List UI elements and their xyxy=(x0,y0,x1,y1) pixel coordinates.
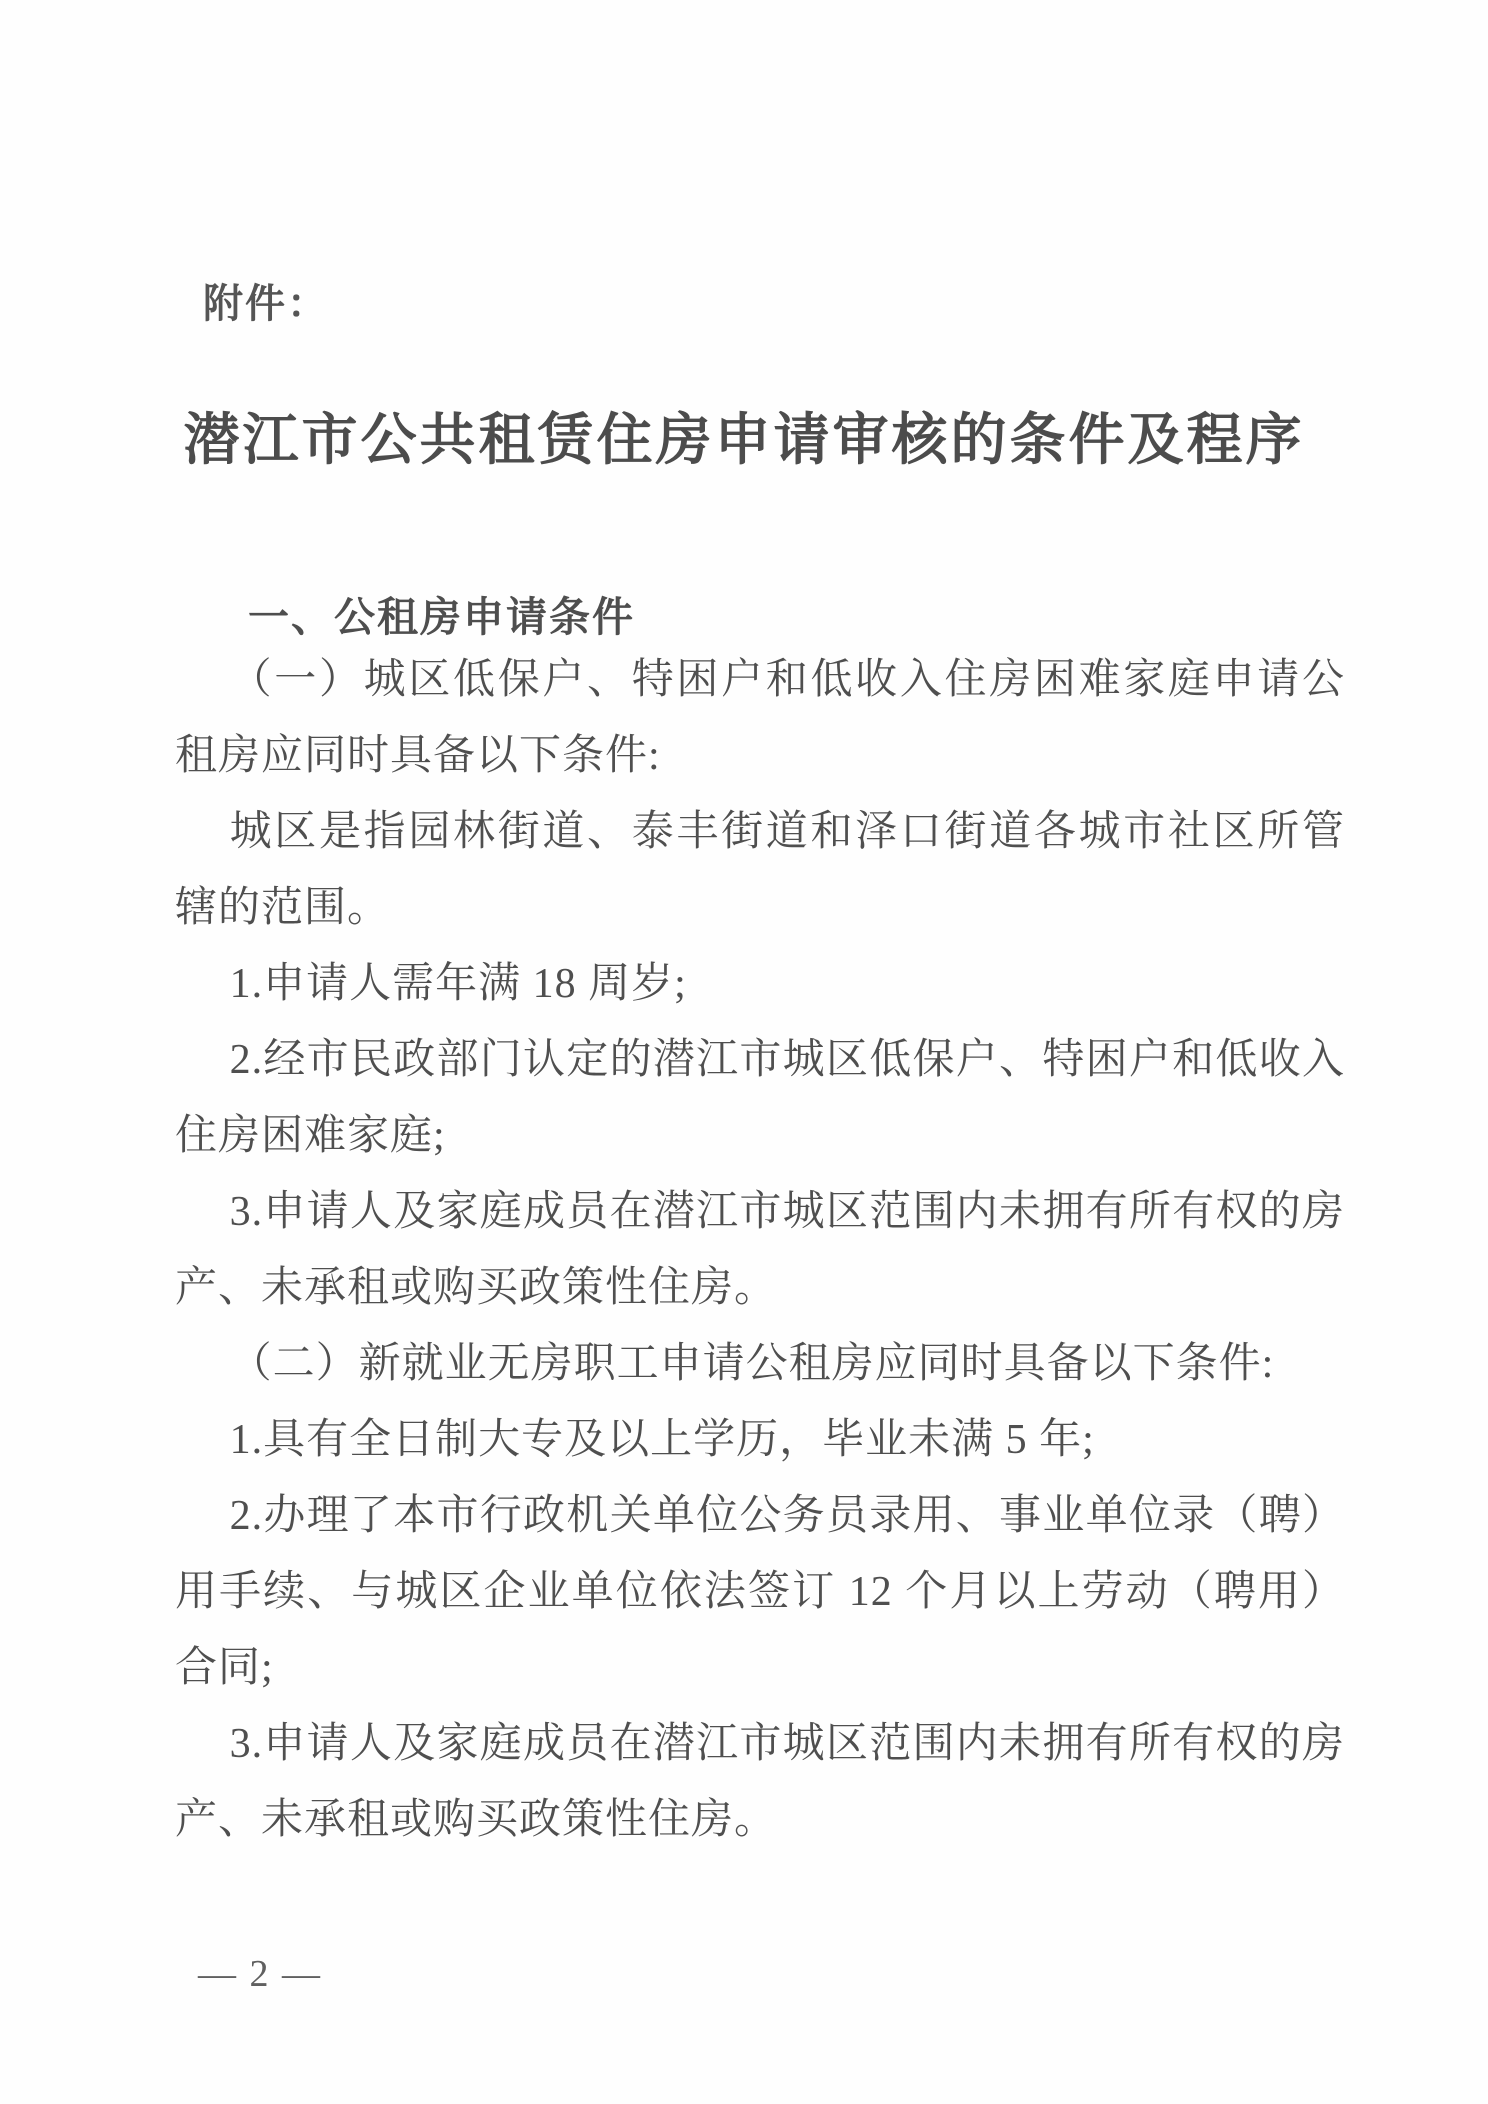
page-number: — 2 — xyxy=(198,1952,322,1996)
paragraph-9-no-property-requirement-2: 3.申请人及家庭成员在潜江市城区范围内未拥有所有权的房产、未承租或购买政策性住房… xyxy=(175,1706,1345,1858)
document-body: （一）城区低保户、特困户和低收入住房困难家庭申请公租房应同时具备以下条件: 城区… xyxy=(175,642,1345,1858)
paragraph-5-no-property-requirement: 3.申请人及家庭成员在潜江市城区范围内未拥有所有权的房产、未承租或购买政策性住房… xyxy=(175,1174,1345,1326)
paragraph-7-education-requirement: 1.具有全日制大专及以上学历，毕业未满 5 年; xyxy=(175,1402,1345,1478)
document-page: 附件： 潜江市公共租赁住房申请审核的条件及程序 一、公租房申请条件 （一）城区低… xyxy=(0,0,1488,2104)
paragraph-8-employment-requirement: 2.办理了本市行政机关单位公务员录用、事业单位录（聘）用手续、与城区企业单位依法… xyxy=(175,1478,1345,1706)
section-heading: 一、公租房申请条件 xyxy=(248,584,635,643)
paragraph-4-civil-affairs-recognition: 2.经市民政部门认定的潜江市城区低保户、特困户和低收入住房困难家庭; xyxy=(175,1022,1345,1174)
document-title: 潜江市公共租赁住房申请审核的条件及程序 xyxy=(0,396,1488,476)
paragraph-3-age-requirement: 1.申请人需年满 18 周岁; xyxy=(175,946,1345,1022)
attachment-label: 附件： xyxy=(203,272,329,329)
paragraph-6-new-employee-intro: （二）新就业无房职工申请公租房应同时具备以下条件: xyxy=(175,1326,1345,1402)
paragraph-1-conditions-intro: （一）城区低保户、特困户和低收入住房困难家庭申请公租房应同时具备以下条件: xyxy=(175,642,1345,794)
paragraph-2-urban-area-definition: 城区是指园林街道、泰丰街道和泽口街道各城市社区所管辖的范围。 xyxy=(175,794,1345,946)
